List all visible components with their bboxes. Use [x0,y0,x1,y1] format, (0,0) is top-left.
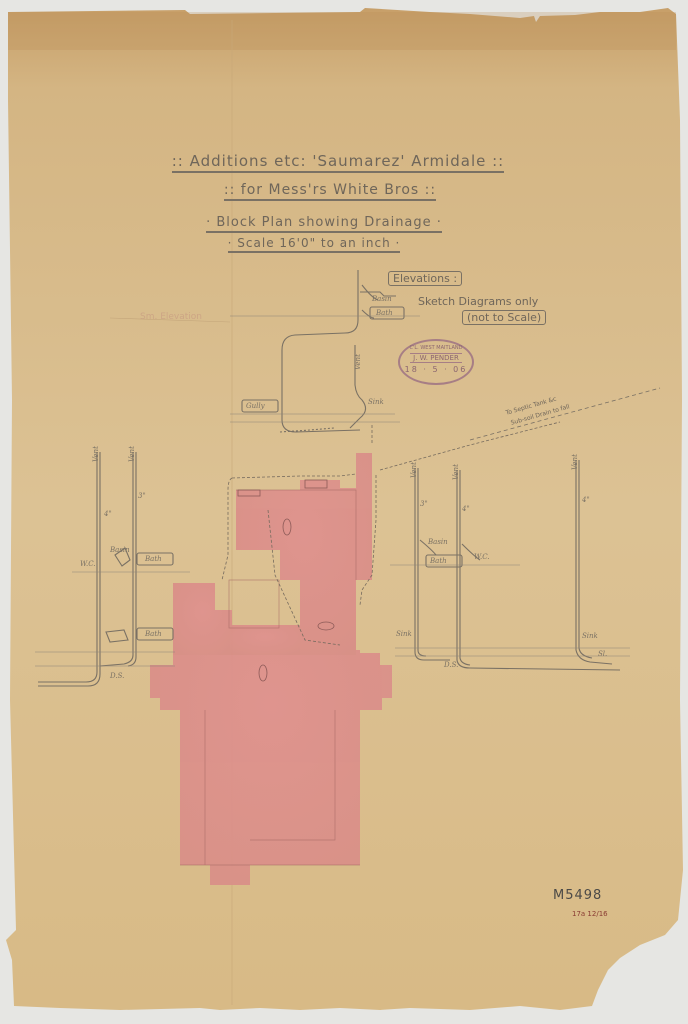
ds-label-left: D.S. [110,672,124,680]
drawing-sheet: :: Additions etc: 'Saumarez' Armidale ::… [0,0,688,1024]
bath-label-left-1: Bath [145,555,162,563]
bath-label-right: Bath [430,557,447,565]
faint-elevation-note: Sm. Elevation [140,312,202,322]
pipe-size-right-1: 3" [420,500,428,508]
pipe-size-left-1: 4" [104,510,112,518]
basin-label-right: Basin [428,538,448,546]
vent-label-top: Vent [354,354,362,370]
vent-label-left-2: Vent [128,446,136,462]
vent-label-right-1: Vent [410,462,418,478]
pipe-size-right-2: 4" [462,505,470,513]
bath-label-top: Bath [376,309,393,317]
sink-label-right: Sink [396,630,412,638]
wc-label-right: W.C. [474,553,490,561]
title-line-1: :: Additions etc: 'Saumarez' Armidale :: [0,152,682,170]
pipe-size-right-3: 4" [582,496,590,504]
title-line-2: :: for Mess'rs White Bros :: [0,182,674,198]
vent-label-right-2: Vent [452,464,460,480]
junction-label-right: Sl. [598,650,607,658]
elevations-note: Elevations : [388,272,462,285]
wc-label-left: W.C. [80,560,96,568]
ds-label-right: D.S. [444,661,458,669]
catalogue-subref: 17a 12/16 [572,910,608,918]
bath-label-left-2: Bath [145,630,162,638]
pipe-size-left-2: 3" [138,492,146,500]
basin-label-left: Basin [110,546,130,554]
sketch-note: Sketch Diagrams only [418,295,538,308]
gully-label-top: Gully [246,402,265,410]
vent-label-left-1: Vent [92,446,100,462]
sink-label-top: Sink [368,398,384,406]
basin-label-top: Basin [372,295,392,303]
title-line-4: · Scale 16'0" to an inch · [0,236,658,250]
sink-label-right-2: Sink [582,632,598,640]
vent-label-right-3: Vent [571,454,579,470]
not-to-scale-note: (not to Scale) [462,311,546,324]
catalogue-ref: M5498 [553,888,602,903]
title-line-3: · Block Plan showing Drainage · [0,215,668,230]
approval-stamp: C'L. WEST MAITLAND J. W. PENDER 18 · 5 ·… [398,339,474,385]
